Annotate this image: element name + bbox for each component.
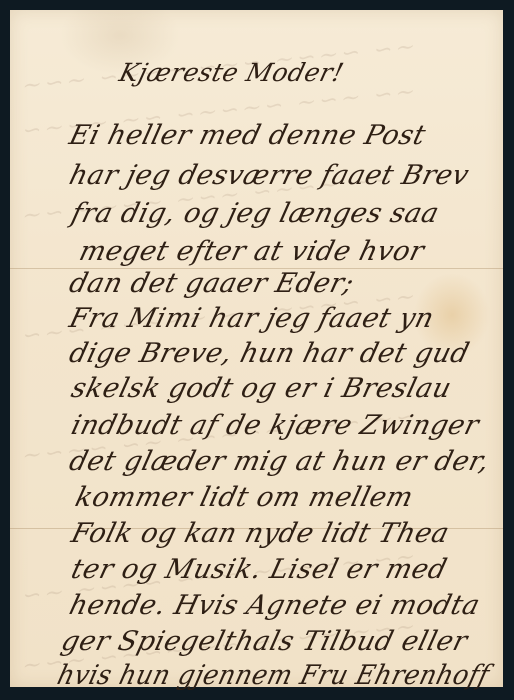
letter-line-11: kommer lidt om mellem [72,482,416,513]
letter-line-12: Folk og kan nyde lidt Thea [68,518,452,549]
letter-line-8: skelsk godt og er i Breslau [68,373,455,404]
letter-line-2: har jeg desværre faaet Brev [66,160,472,191]
letter-line-3: fra dig, og jeg længes saa [68,198,442,229]
letter-line-13: ter og Musik. Lisel er med [68,554,450,585]
letter-line-16: hvis hun gjennem Fru Ehrenhoff [54,660,492,691]
salutation: Kjæreste Moder! [116,58,346,87]
letter-line-9: indbudt af de kjære Zwinger [68,410,482,441]
letter-line-7: dige Breve, hun har det gud [66,338,472,369]
letter-line-5: dan det gaaer Eder; [66,268,357,299]
letter-body: Kjæreste Moder! Ei heller med denne Post… [0,0,514,700]
letter-line-4: meget efter at vide hvor [76,236,427,267]
letter-line-14: hende. Hvis Agnete ei modta [66,590,483,621]
letter-line-15: ger Spiegelthals Tilbud eller [58,626,471,657]
letter-line-6: Fra Mimi har jeg faaet yn [66,303,437,334]
letter-line-1: Ei heller med denne Post [66,120,429,151]
letter-line-10: det glæder mig at hun er der, [66,446,493,477]
